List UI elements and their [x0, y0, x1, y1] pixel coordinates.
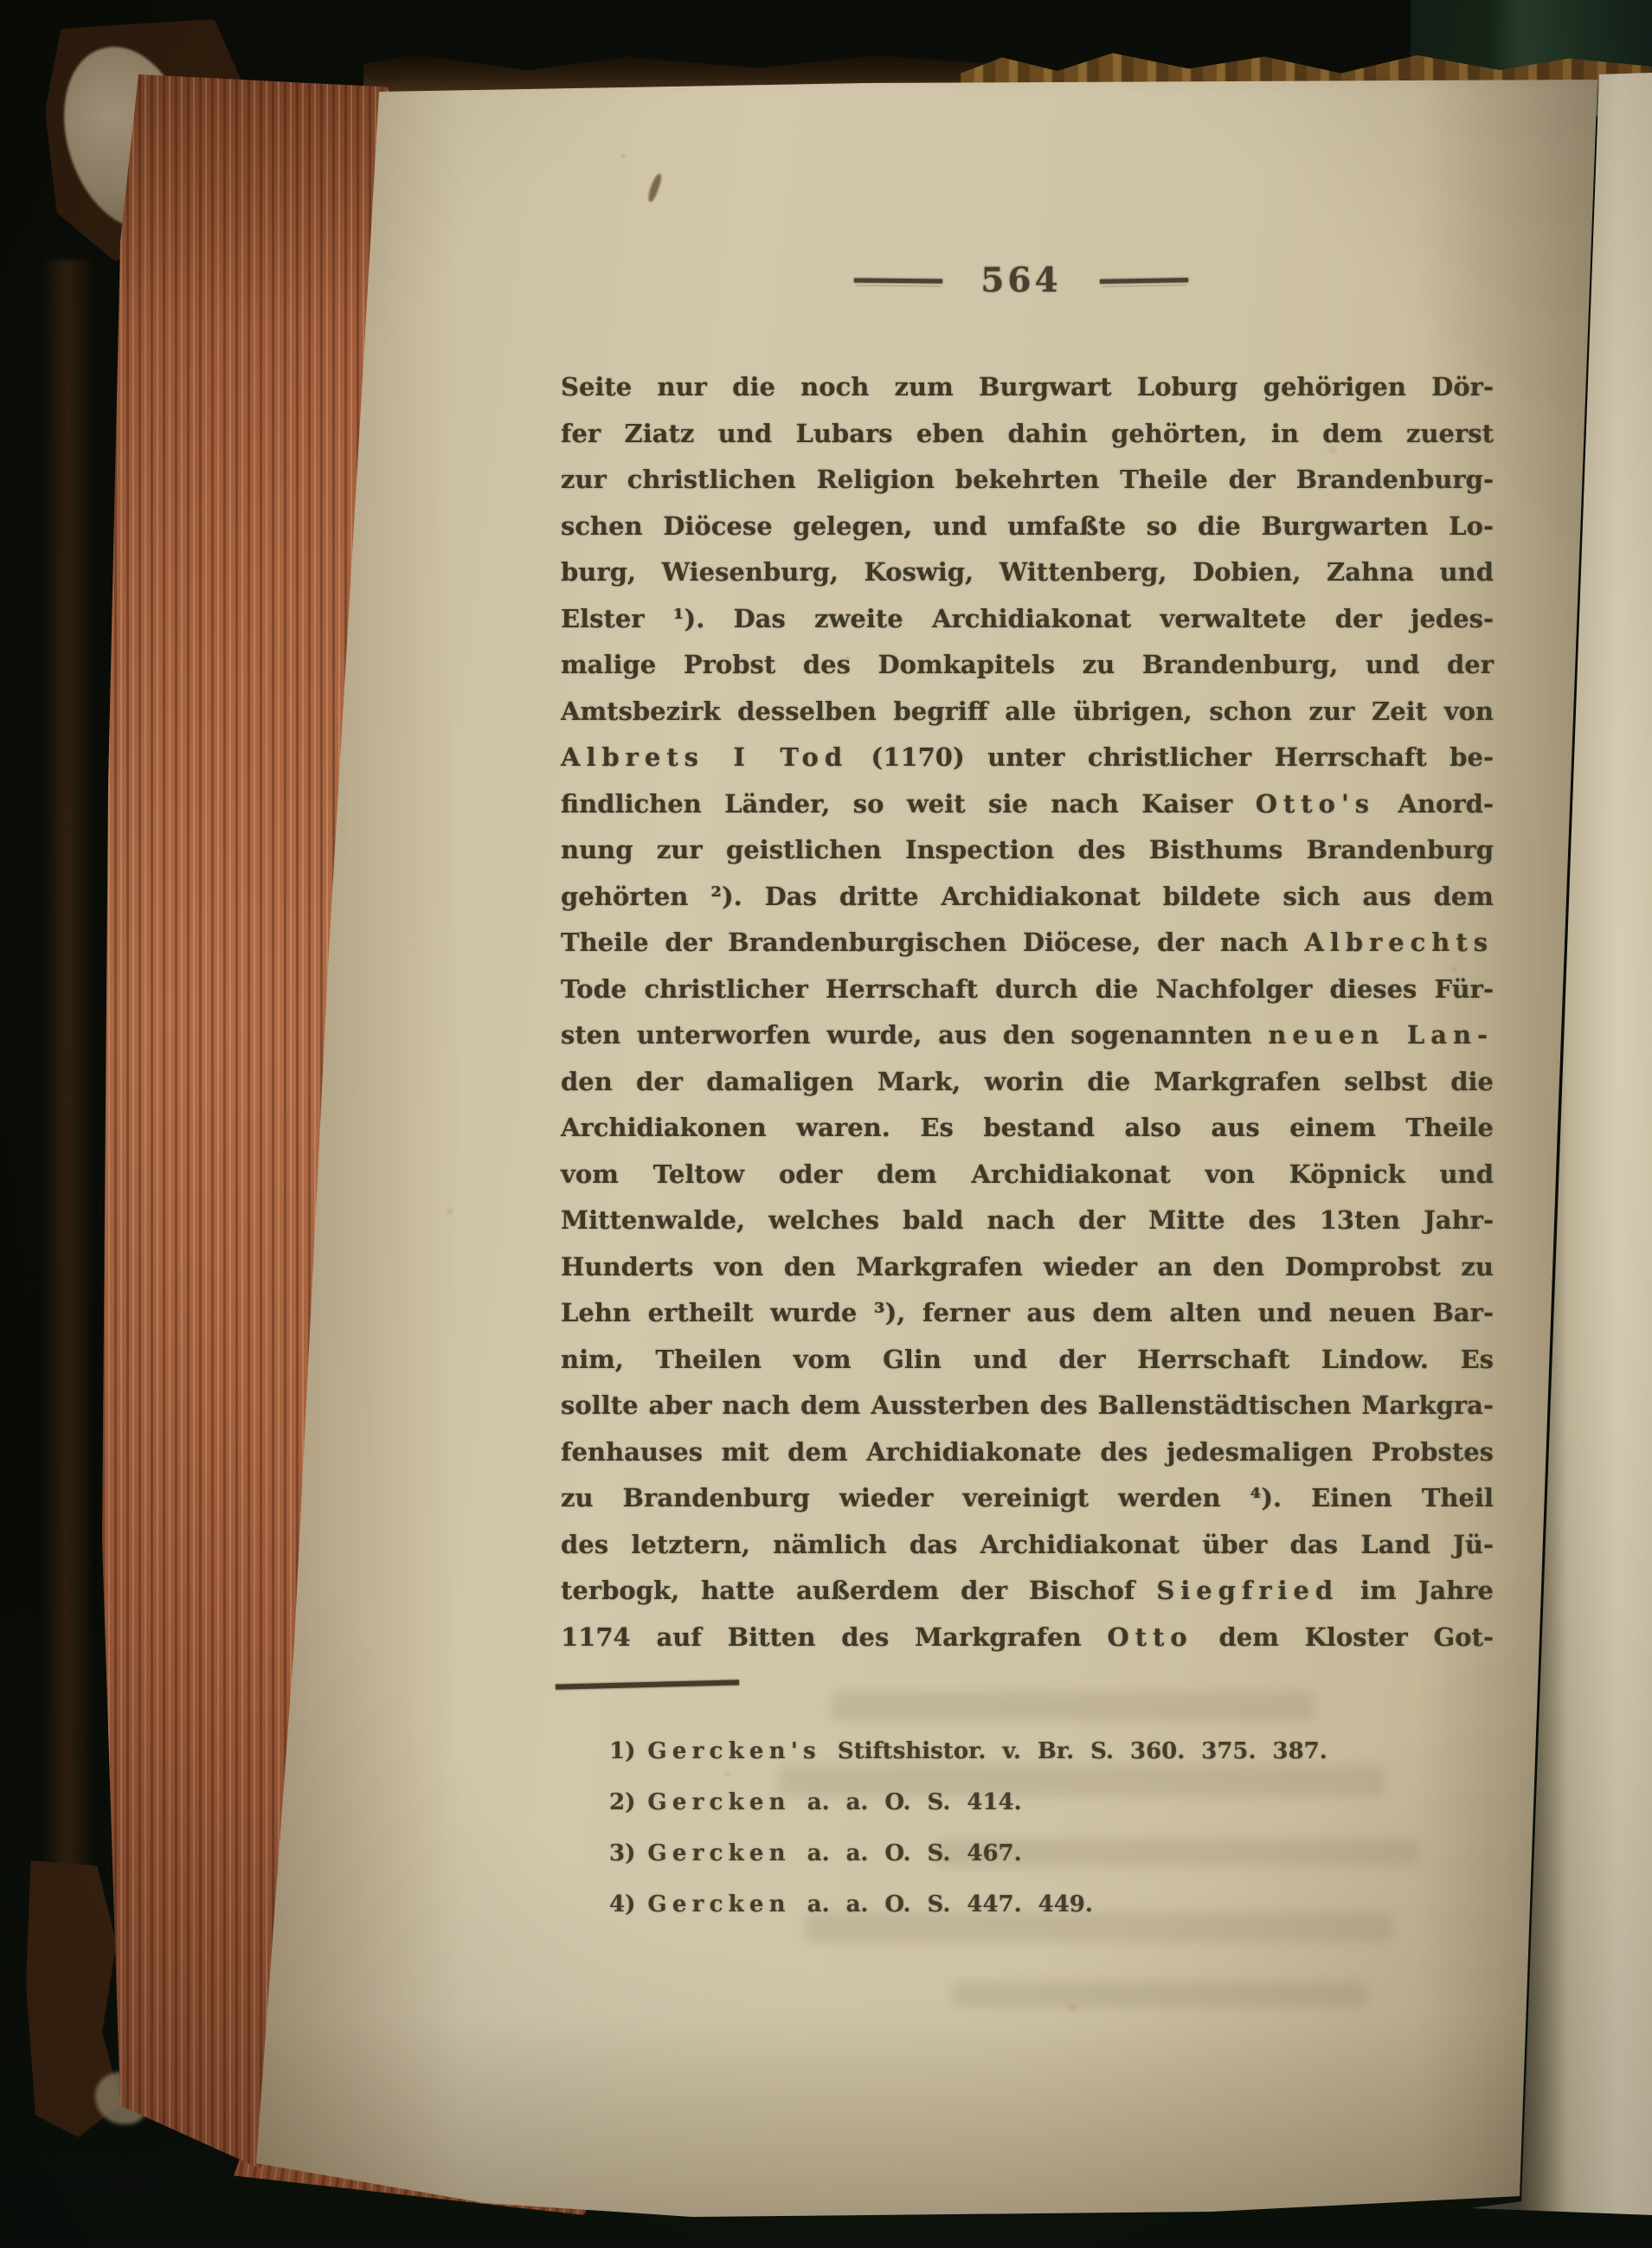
footnote-separator-rule — [556, 1680, 739, 1689]
letterspaced-text-segment: Otto — [1107, 1622, 1192, 1652]
text-line: schen Diöcese gelegen, und umfaßte so di… — [561, 504, 1494, 550]
text-line: Theile der Brandenburgischen Diöcese, de… — [561, 920, 1494, 967]
text-segment: (1170) unter christlicher Herrschaft be- — [848, 742, 1494, 772]
text-segment: schen Diöcese gelegen, und umfaßte so di… — [561, 511, 1494, 541]
text-line: Tode christlicher Herrschaft durch die N… — [561, 967, 1494, 1013]
footnote: 1)Gercken's Stiftshistor. v. Br. S. 360.… — [609, 1734, 1501, 1785]
footnote-marker: 3) — [609, 1840, 635, 1866]
page-number: 564 — [980, 260, 1061, 300]
footnote-marker: 1) — [609, 1738, 635, 1764]
text-line: Seite nur die noch zum Burgwart Loburg g… — [561, 364, 1494, 411]
text-segment: a. a. O. S. 467. — [791, 1840, 1022, 1866]
header-rule-left — [854, 278, 942, 283]
footnote-marker: 2) — [609, 1789, 635, 1815]
text-segment: nim, Theilen vom Glin und der Herrschaft… — [561, 1345, 1494, 1374]
text-line: nim, Theilen vom Glin und der Herrschaft… — [561, 1337, 1494, 1384]
text-segment: Hunderts von den Markgrafen wieder an de… — [561, 1252, 1494, 1281]
text-segment: burg, Wiesenburg, Koswig, Wittenberg, Do… — [561, 557, 1494, 587]
text-segment: fenhauses mit dem Archidiakonate des jed… — [561, 1437, 1494, 1467]
text-segment: zur christlichen Religion bekehrten Thei… — [561, 465, 1494, 494]
text-line: den der damaligen Mark, worin die Markgr… — [561, 1059, 1494, 1106]
text-segment: Anord- — [1375, 789, 1494, 819]
text-segment: nung zur geistlichen Inspection des Bist… — [561, 835, 1494, 864]
text-segment: a. a. O. S. 414. — [791, 1789, 1022, 1815]
ink-smudge — [646, 172, 663, 202]
text-line: 1174 auf Bitten des Markgrafen Otto dem … — [561, 1615, 1494, 1661]
text-segment: Amtsbezirk desselben begriff alle übrige… — [561, 697, 1494, 726]
text-line: findlichen Länder, so weit sie nach Kais… — [561, 781, 1494, 828]
text-line: Elster ¹). Das zweite Archidiakonat verw… — [561, 596, 1494, 643]
text-line: burg, Wiesenburg, Koswig, Wittenberg, Do… — [561, 549, 1494, 596]
footnotes: 1)Gercken's Stiftshistor. v. Br. S. 360.… — [609, 1734, 1501, 1938]
text-segment: sollte aber nach dem Aussterben des Ball… — [561, 1391, 1494, 1420]
text-line: vom Teltow oder dem Archidiakonat von Kö… — [561, 1152, 1494, 1198]
text-segment: Seite nur die noch zum Burgwart Loburg g… — [561, 372, 1494, 401]
text-segment: Lehn ertheilt wurde ³), ferner aus dem a… — [561, 1298, 1494, 1327]
text-segment: Tode christlicher Herrschaft durch die N… — [561, 974, 1494, 1004]
text-segment: vom Teltow oder dem Archidiakonat von Kö… — [561, 1159, 1494, 1189]
text-segment: den der damaligen Mark, worin die Markgr… — [561, 1067, 1494, 1096]
header-rule-right — [1100, 278, 1188, 284]
text-line: Hunderts von den Markgrafen wieder an de… — [561, 1244, 1494, 1291]
body-text: Seite nur die noch zum Burgwart Loburg g… — [561, 364, 1494, 1660]
text-line: Mittenwalde, welches bald nach der Mitte… — [561, 1198, 1494, 1244]
book-scan-photo: 564 Seite nur die noch zum Burgwart Lobu… — [0, 0, 1652, 2248]
text-line: terbogk, hatte außerdem der Bischof Sieg… — [561, 1568, 1494, 1615]
text-segment: zu Brandenburg wieder vereinigt werden ⁴… — [561, 1483, 1494, 1513]
footnote: 3)Gercken a. a. O. S. 467. — [609, 1836, 1501, 1887]
text-line: Lehn ertheilt wurde ³), ferner aus dem a… — [561, 1290, 1494, 1337]
footnote: 4)Gercken a. a. O. S. 447. 449. — [609, 1887, 1501, 1938]
letterspaced-text-segment: Gercken — [647, 1789, 790, 1815]
text-line: Archidiakonen waren. Es bestand also aus… — [561, 1105, 1494, 1152]
letterspaced-text-segment: Otto's — [1256, 789, 1375, 819]
text-segment: des letztern, nämlich das Archidiakonat … — [561, 1530, 1494, 1559]
page-header: 564 — [554, 256, 1488, 305]
letterspaced-text-segment: Albrechts — [1304, 928, 1494, 957]
letterspaced-text-segment: neuen Lan- — [1268, 1020, 1494, 1050]
text-segment: terbogk, hatte außerdem der Bischof — [561, 1576, 1156, 1605]
text-segment: Archidiakonen waren. Es bestand also aus… — [561, 1113, 1494, 1142]
text-segment: Stiftshistor. v. Br. S. 360. 375. 387. — [821, 1738, 1327, 1764]
text-segment: malige Probst des Domkapitels zu Branden… — [561, 650, 1494, 679]
text-line: fenhauses mit dem Archidiakonate des jed… — [561, 1429, 1494, 1476]
text-segment: im Jahre — [1339, 1576, 1494, 1605]
text-line: sollte aber nach dem Aussterben des Ball… — [561, 1383, 1494, 1429]
text-line: zu Brandenburg wieder vereinigt werden ⁴… — [561, 1475, 1494, 1522]
letterspaced-text-segment: Gercken — [647, 1892, 790, 1917]
text-segment: a. a. O. S. 447. 449. — [791, 1892, 1093, 1917]
ink-showthrough — [952, 1981, 1367, 2007]
letterspaced-text-segment: Gercken's — [647, 1738, 821, 1764]
text-segment: dem Kloster Got- — [1193, 1622, 1494, 1652]
text-line: malige Probst des Domkapitels zu Branden… — [561, 642, 1494, 689]
text-segment: 1174 auf Bitten des Markgrafen — [561, 1622, 1107, 1652]
text-segment: Elster ¹). Das zweite Archidiakonat verw… — [561, 604, 1494, 633]
text-line: gehörten ²). Das dritte Archidiakonat bi… — [561, 874, 1494, 921]
text-line: des letztern, nämlich das Archidiakonat … — [561, 1522, 1494, 1569]
letterspaced-text-segment: Siegfried — [1156, 1576, 1339, 1605]
text-line: sten unterworfen wurde, aus den sogenann… — [561, 1012, 1494, 1059]
text-segment: Theile der Brandenburgischen Diöcese, de… — [561, 928, 1304, 957]
text-line: Amtsbezirk desselben begriff alle übrige… — [561, 689, 1494, 735]
letterspaced-text-segment: Gercken — [647, 1840, 790, 1866]
text-line: Albrets I Tod (1170) unter christlicher … — [561, 735, 1494, 781]
text-segment: fer Ziatz und Lubars eben dahin gehörten… — [561, 419, 1494, 448]
ink-showthrough — [831, 1692, 1315, 1721]
text-segment: gehörten ²). Das dritte Archidiakonat bi… — [561, 882, 1494, 911]
text-segment: sten unterworfen wurde, aus den sogenann… — [561, 1020, 1268, 1050]
cover-board-edge — [42, 260, 92, 1886]
text-segment: Mittenwalde, welches bald nach der Mitte… — [561, 1205, 1494, 1235]
text-line: zur christlichen Religion bekehrten Thei… — [561, 457, 1494, 504]
text-line: nung zur geistlichen Inspection des Bist… — [561, 827, 1494, 874]
footnote: 2)Gercken a. a. O. S. 414. — [609, 1785, 1501, 1836]
letterspaced-text-segment: Albrets I Tod — [561, 742, 848, 772]
text-line: fer Ziatz und Lubars eben dahin gehörten… — [561, 411, 1494, 458]
text-segment: findlichen Länder, so weit sie nach Kais… — [561, 789, 1256, 819]
footnote-marker: 4) — [609, 1892, 635, 1917]
